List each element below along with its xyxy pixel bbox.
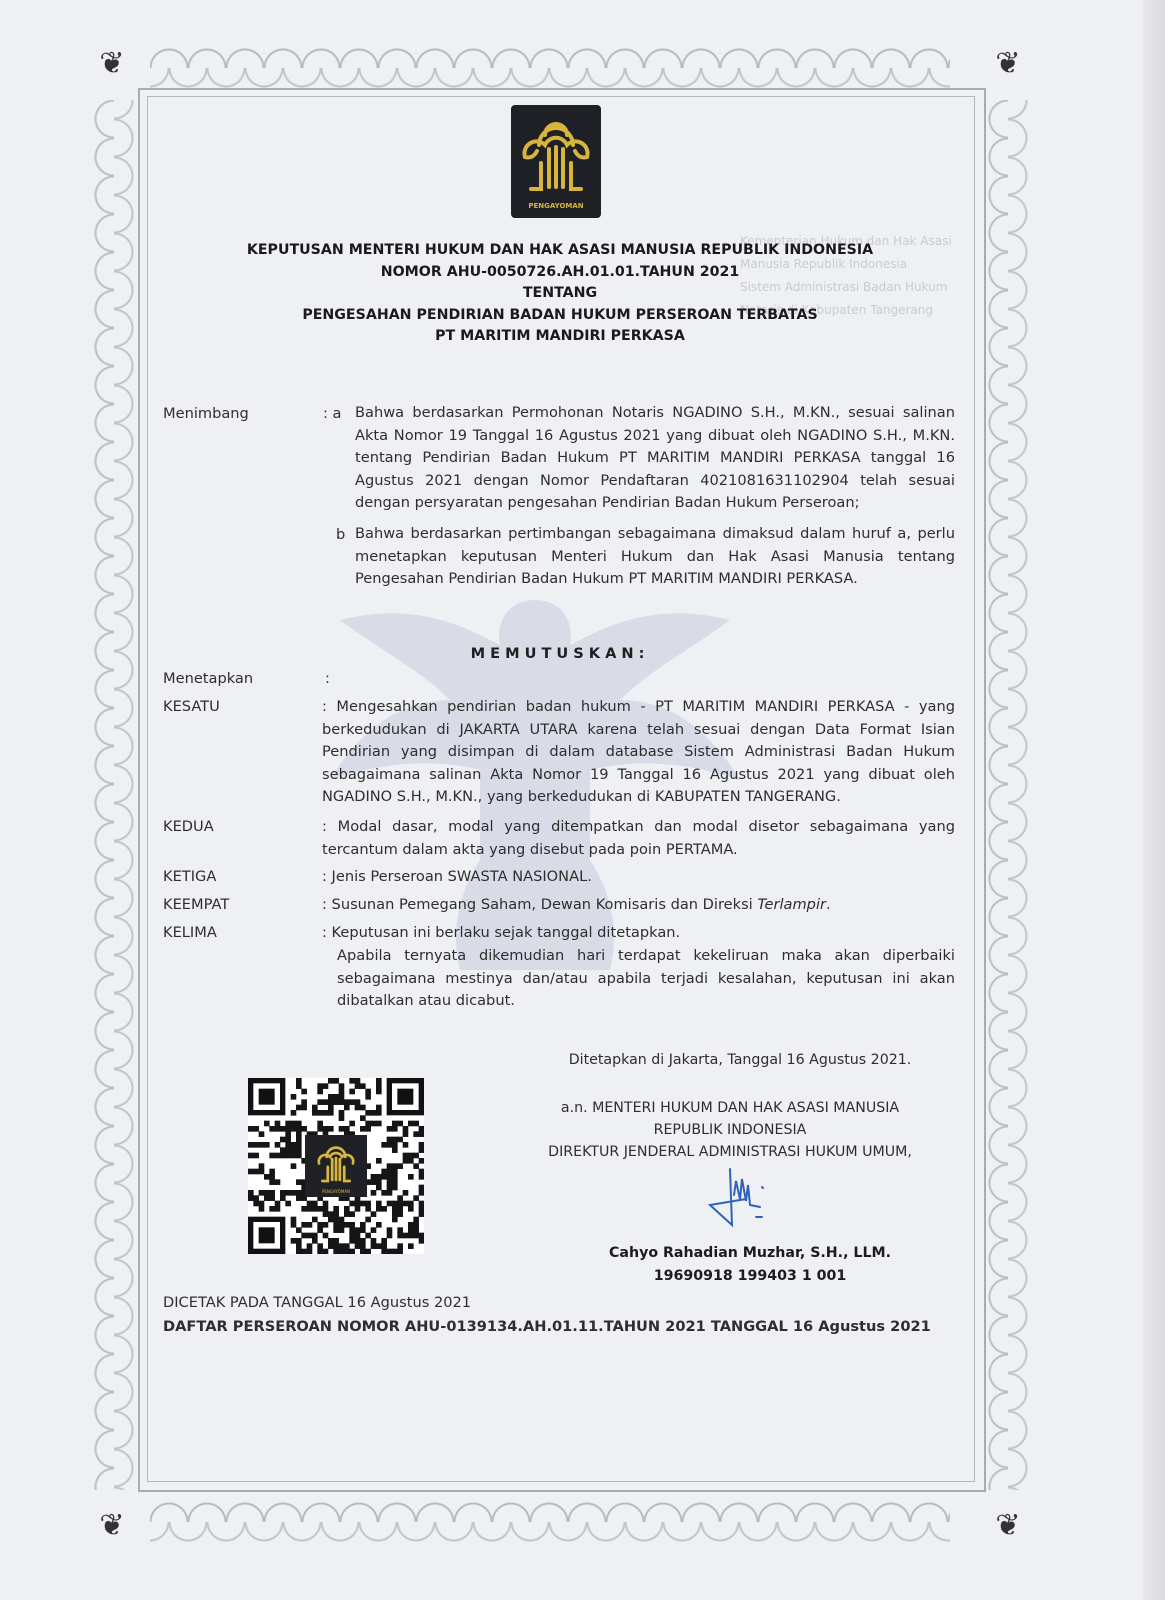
ketiga-label: KETIGA [163, 868, 216, 885]
signatory-nip: 19690918 199403 1 001 [540, 1268, 960, 1284]
header-line-title: KEPUTUSAN MENTERI HUKUM DAN HAK ASASI MA… [160, 240, 960, 262]
corner-ornament-icon: ❦ [990, 1508, 1026, 1544]
printed-date: DICETAK PADA TANGGAL 16 Agustus 2021 [163, 1294, 471, 1311]
bottom-guilloche-border [150, 1500, 950, 1544]
kelima-label: KELIMA [163, 924, 217, 941]
kesatu-label: KESATU [163, 698, 220, 715]
qr-center-logo: PENGAYOMAN [305, 1135, 367, 1197]
kedua-label: KEDUA [163, 818, 214, 835]
header-line-company: PT MARITIM MANDIRI PERKASA [160, 326, 960, 348]
place-date: Ditetapkan di Jakarta, Tanggal 16 Agustu… [540, 1052, 940, 1068]
corner-ornament-icon: ❦ [94, 46, 130, 82]
logo-caption: PENGAYOMAN [511, 202, 601, 210]
handwritten-signature-icon [700, 1165, 770, 1235]
kelima-text-continuation: Apabila ternyata dikemudian hari terdapa… [337, 945, 955, 1013]
top-guilloche-border [150, 46, 950, 90]
signatory-office: a.n. MENTERI HUKUM DAN HAK ASASI MANUSIA… [520, 1097, 940, 1163]
pengayoman-tree-icon [305, 1135, 367, 1187]
verification-qr-code[interactable]: PENGAYOMAN [248, 1078, 424, 1254]
signatory-name: Cahyo Rahadian Muzhar, S.H., LLM. [540, 1245, 960, 1261]
kesatu-text: : Mengesahkan pendirian badan hukum - PT… [322, 696, 955, 809]
header-line-subject: PENGESAHAN PENDIRIAN BADAN HUKUM PERSERO… [160, 305, 960, 327]
keempat-text: : Susunan Pemegang Saham, Dewan Komisari… [322, 894, 955, 917]
pengayoman-tree-icon [511, 105, 601, 200]
header-line-tentang: TENTANG [160, 283, 960, 305]
menetapkan-colon: : [325, 670, 330, 687]
page-edge-shadow [1143, 0, 1165, 1600]
ketiga-text: : Jenis Perseroan SWASTA NASIONAL. [322, 866, 955, 889]
menimbang-marker-a: : a [323, 405, 342, 422]
menimbang-label: Menimbang [163, 405, 249, 422]
memutuskan-heading: MEMUTUSKAN: [160, 645, 960, 662]
left-guilloche-border [92, 100, 136, 1490]
keempat-label: KEEMPAT [163, 896, 229, 913]
menetapkan-label: Menetapkan [163, 670, 253, 687]
pengayoman-logo: PENGAYOMAN [511, 105, 601, 218]
decree-header: KEPUTUSAN MENTERI HUKUM DAN HAK ASASI MA… [160, 240, 960, 348]
menimbang-marker-b: b [336, 526, 345, 543]
menimbang-item-b: Bahwa berdasarkan pertimbangan sebagaima… [355, 523, 955, 591]
corner-ornament-icon: ❦ [990, 46, 1026, 82]
kedua-text: : Modal dasar, modal yang ditempatkan da… [322, 816, 955, 861]
corner-ornament-icon: ❦ [94, 1508, 130, 1544]
header-line-number: NOMOR AHU-0050726.AH.01.01.TAHUN 2021 [160, 262, 960, 284]
kelima-text: : Keputusan ini berlaku sejak tanggal di… [322, 922, 955, 945]
right-guilloche-border [986, 100, 1030, 1490]
registry-number: DAFTAR PERSEROAN NOMOR AHU-0139134.AH.01… [163, 1318, 931, 1335]
menimbang-item-a: Bahwa berdasarkan Permohonan Notaris NGA… [355, 402, 955, 515]
